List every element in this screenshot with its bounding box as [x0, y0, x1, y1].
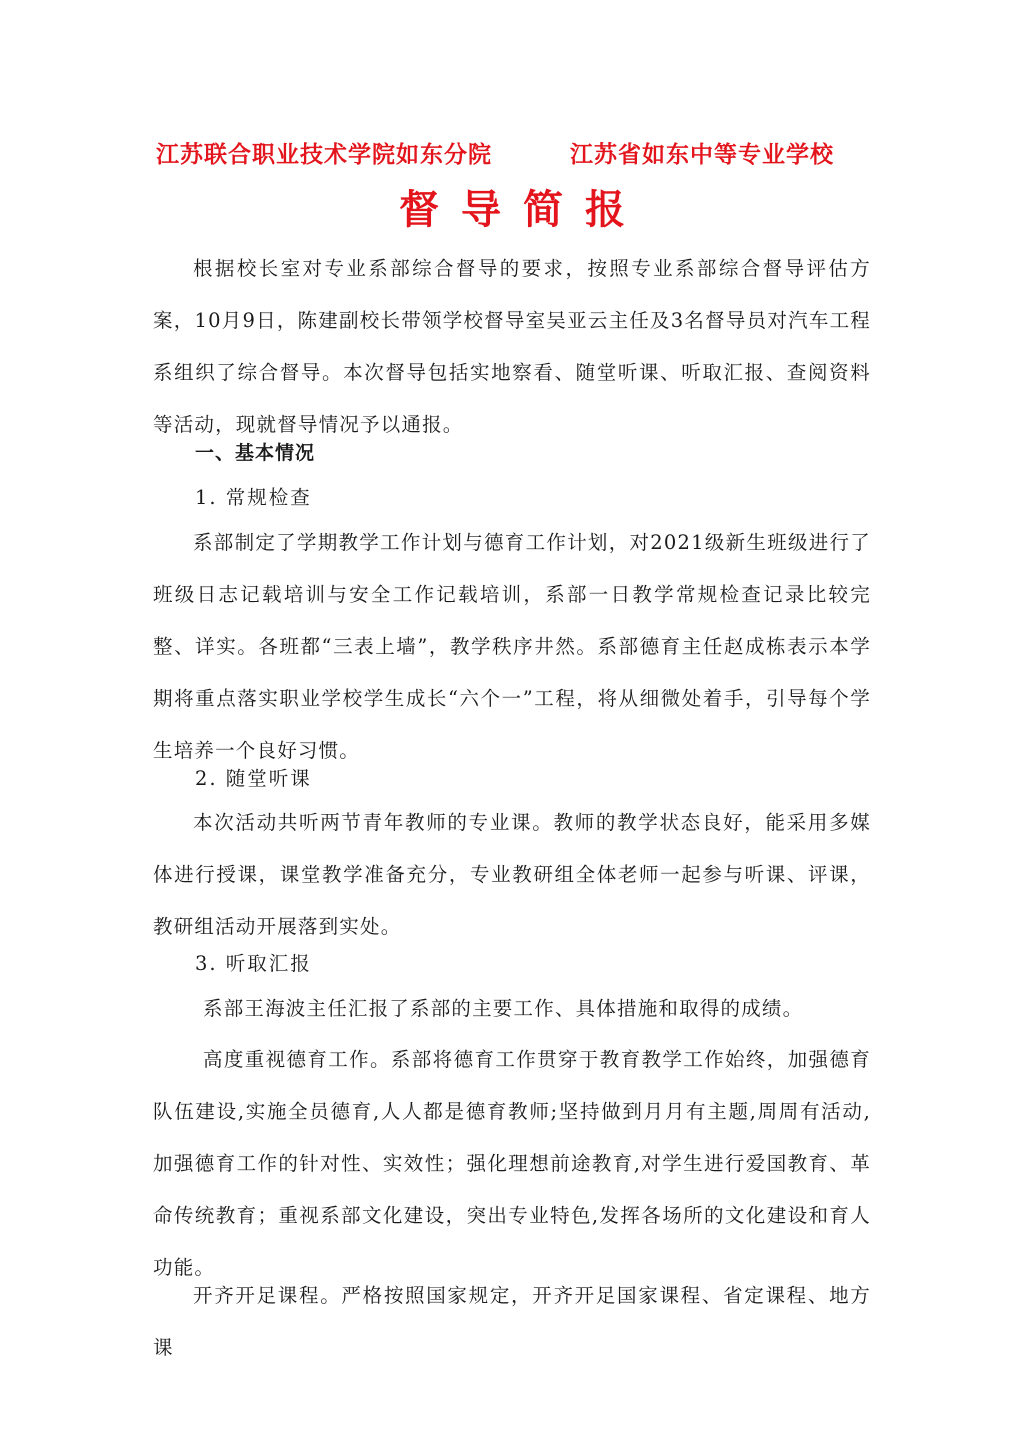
- subheading-routine-check: 1. 常规检查: [195, 482, 312, 510]
- class-observation-paragraph: 本次活动共听两节青年教师的专业课。教师的教学状态良好，能采用多媒体进行授课，课堂…: [153, 797, 871, 953]
- routine-check-paragraph: 系部制定了学期教学工作计划与德育工作计划，对2021级新生班级进行了班级日志记载…: [153, 517, 871, 777]
- document-header: 江苏联合职业技术学院如东分院 江苏省如东中等专业学校: [156, 136, 866, 170]
- org-name-right: 江苏省如东中等专业学校: [570, 136, 834, 169]
- subheading-report: 3. 听取汇报: [195, 948, 312, 976]
- org-name-left: 江苏联合职业技术学院如东分院: [156, 136, 492, 169]
- page-title: 督导简报: [0, 178, 1024, 235]
- intro-paragraph: 根据校长室对专业系部综合督导的要求，按照专业系部综合督导评估方案，10月9日，陈…: [153, 243, 871, 451]
- report-paragraph: 系部王海波主任汇报了系部的主要工作、具体措施和取得的成绩。: [153, 983, 871, 1035]
- moral-education-paragraph: 高度重视德育工作。系部将德育工作贯穿于教育教学工作始终，加强德育队伍建设,实施全…: [153, 1034, 871, 1294]
- subheading-class-observation: 2. 随堂听课: [195, 763, 312, 791]
- section-heading-basic: 一、基本情况: [195, 438, 315, 465]
- curriculum-paragraph: 开齐开足课程。严格按照国家规定，开齐开足国家课程、省定课程、地方课: [153, 1270, 871, 1374]
